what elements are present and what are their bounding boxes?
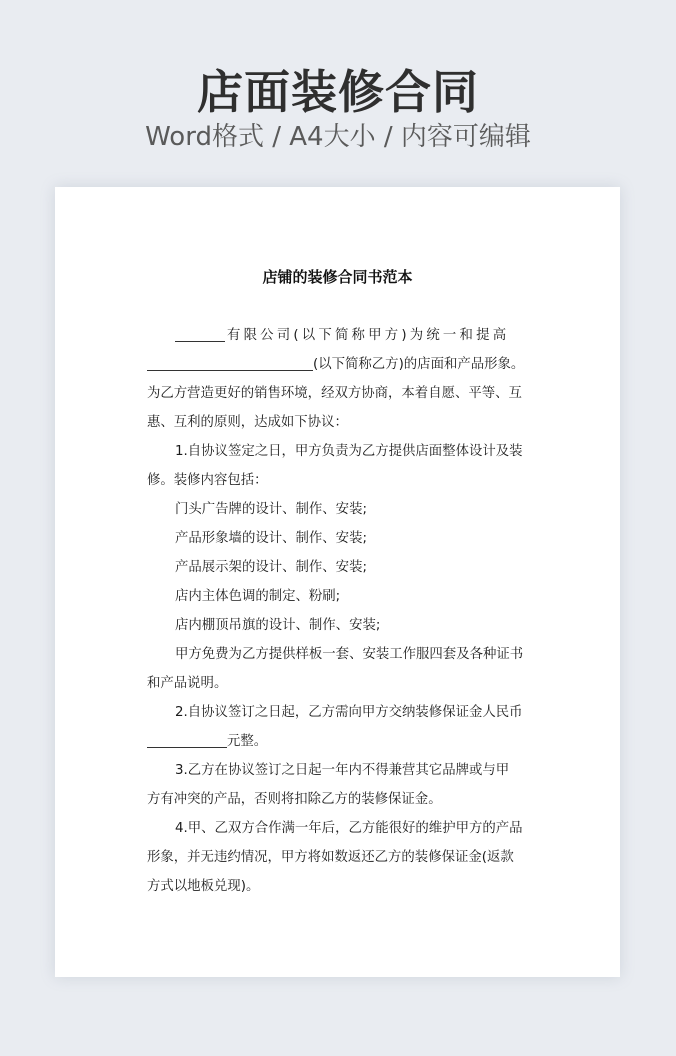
party-a-name-blank[interactable]: [175, 324, 225, 342]
clause-1-line-2: 修。装修内容包括：: [147, 466, 531, 495]
clause-3-line-2: 方有冲突的产品，否则将扣除乙方的装修保证金。: [147, 785, 531, 814]
free-supply-line-1: 甲方免费为乙方提供样板一套、安装工作服四套及各种证书: [147, 640, 531, 669]
document-body: 有限公司(以下简称甲方)为统一和提高 (以下简称乙方)的店面和产品形象。 为乙方…: [147, 321, 531, 901]
list-item: 产品形象墙的设计、制作、安装;: [147, 524, 531, 553]
intro-line-2: (以下简称乙方)的店面和产品形象。: [147, 350, 531, 379]
intro-line-4: 惠、互利的原则，达成如下协议：: [147, 408, 531, 437]
list-item: 店内主体色调的制定、粉刷;: [147, 582, 531, 611]
clause-4-line-1: 4.甲、乙双方合作满一年后，乙方能很好的维护甲方的产品: [147, 814, 531, 843]
list-item: 店内棚顶吊旗的设计、制作、安装;: [147, 611, 531, 640]
document-title: 店铺的装修合同书范本: [55, 267, 620, 287]
clause-2-line-2-text: 元整。: [227, 734, 267, 749]
intro-line-2-text: (以下简称乙方)的店面和产品形象。: [313, 357, 524, 372]
clause-4-line-2: 形象，并无违约情况，甲方将如数返还乙方的装修保证金(返款: [147, 843, 531, 872]
document-page: 店铺的装修合同书范本 有限公司(以下简称甲方)为统一和提高 (以下简称乙方)的店…: [55, 187, 620, 977]
clause-1-line-1: 1.自协议签定之日，甲方负责为乙方提供店面整体设计及装: [147, 437, 531, 466]
intro-line-1: 有限公司(以下简称甲方)为统一和提高: [147, 321, 531, 350]
clause-2-line-2: 元整。: [147, 727, 531, 756]
intro-line-1-text: 有限公司(以下简称甲方)为统一和提高: [227, 328, 509, 343]
deposit-amount-blank[interactable]: [147, 730, 227, 748]
clause-4-line-3: 方式以地板兑现)。: [147, 872, 531, 901]
intro-line-3: 为乙方营造更好的销售环境，经双方协商，本着自愿、平等、互: [147, 379, 531, 408]
clause-2-line-1: 2.自协议签订之日起，乙方需向甲方交纳装修保证金人民币: [147, 698, 531, 727]
free-supply-line-2: 和产品说明。: [147, 669, 531, 698]
clause-3-line-1: 3.乙方在协议签订之日起一年内不得兼营其它品牌或与甲: [147, 756, 531, 785]
party-b-name-blank[interactable]: [147, 353, 313, 371]
banner-title: 店面装修合同: [0, 62, 676, 122]
banner-subtitle: Word格式 / A4大小 / 内容可编辑: [0, 119, 676, 155]
list-item: 门头广告牌的设计、制作、安装;: [147, 495, 531, 524]
list-item: 产品展示架的设计、制作、安装;: [147, 553, 531, 582]
